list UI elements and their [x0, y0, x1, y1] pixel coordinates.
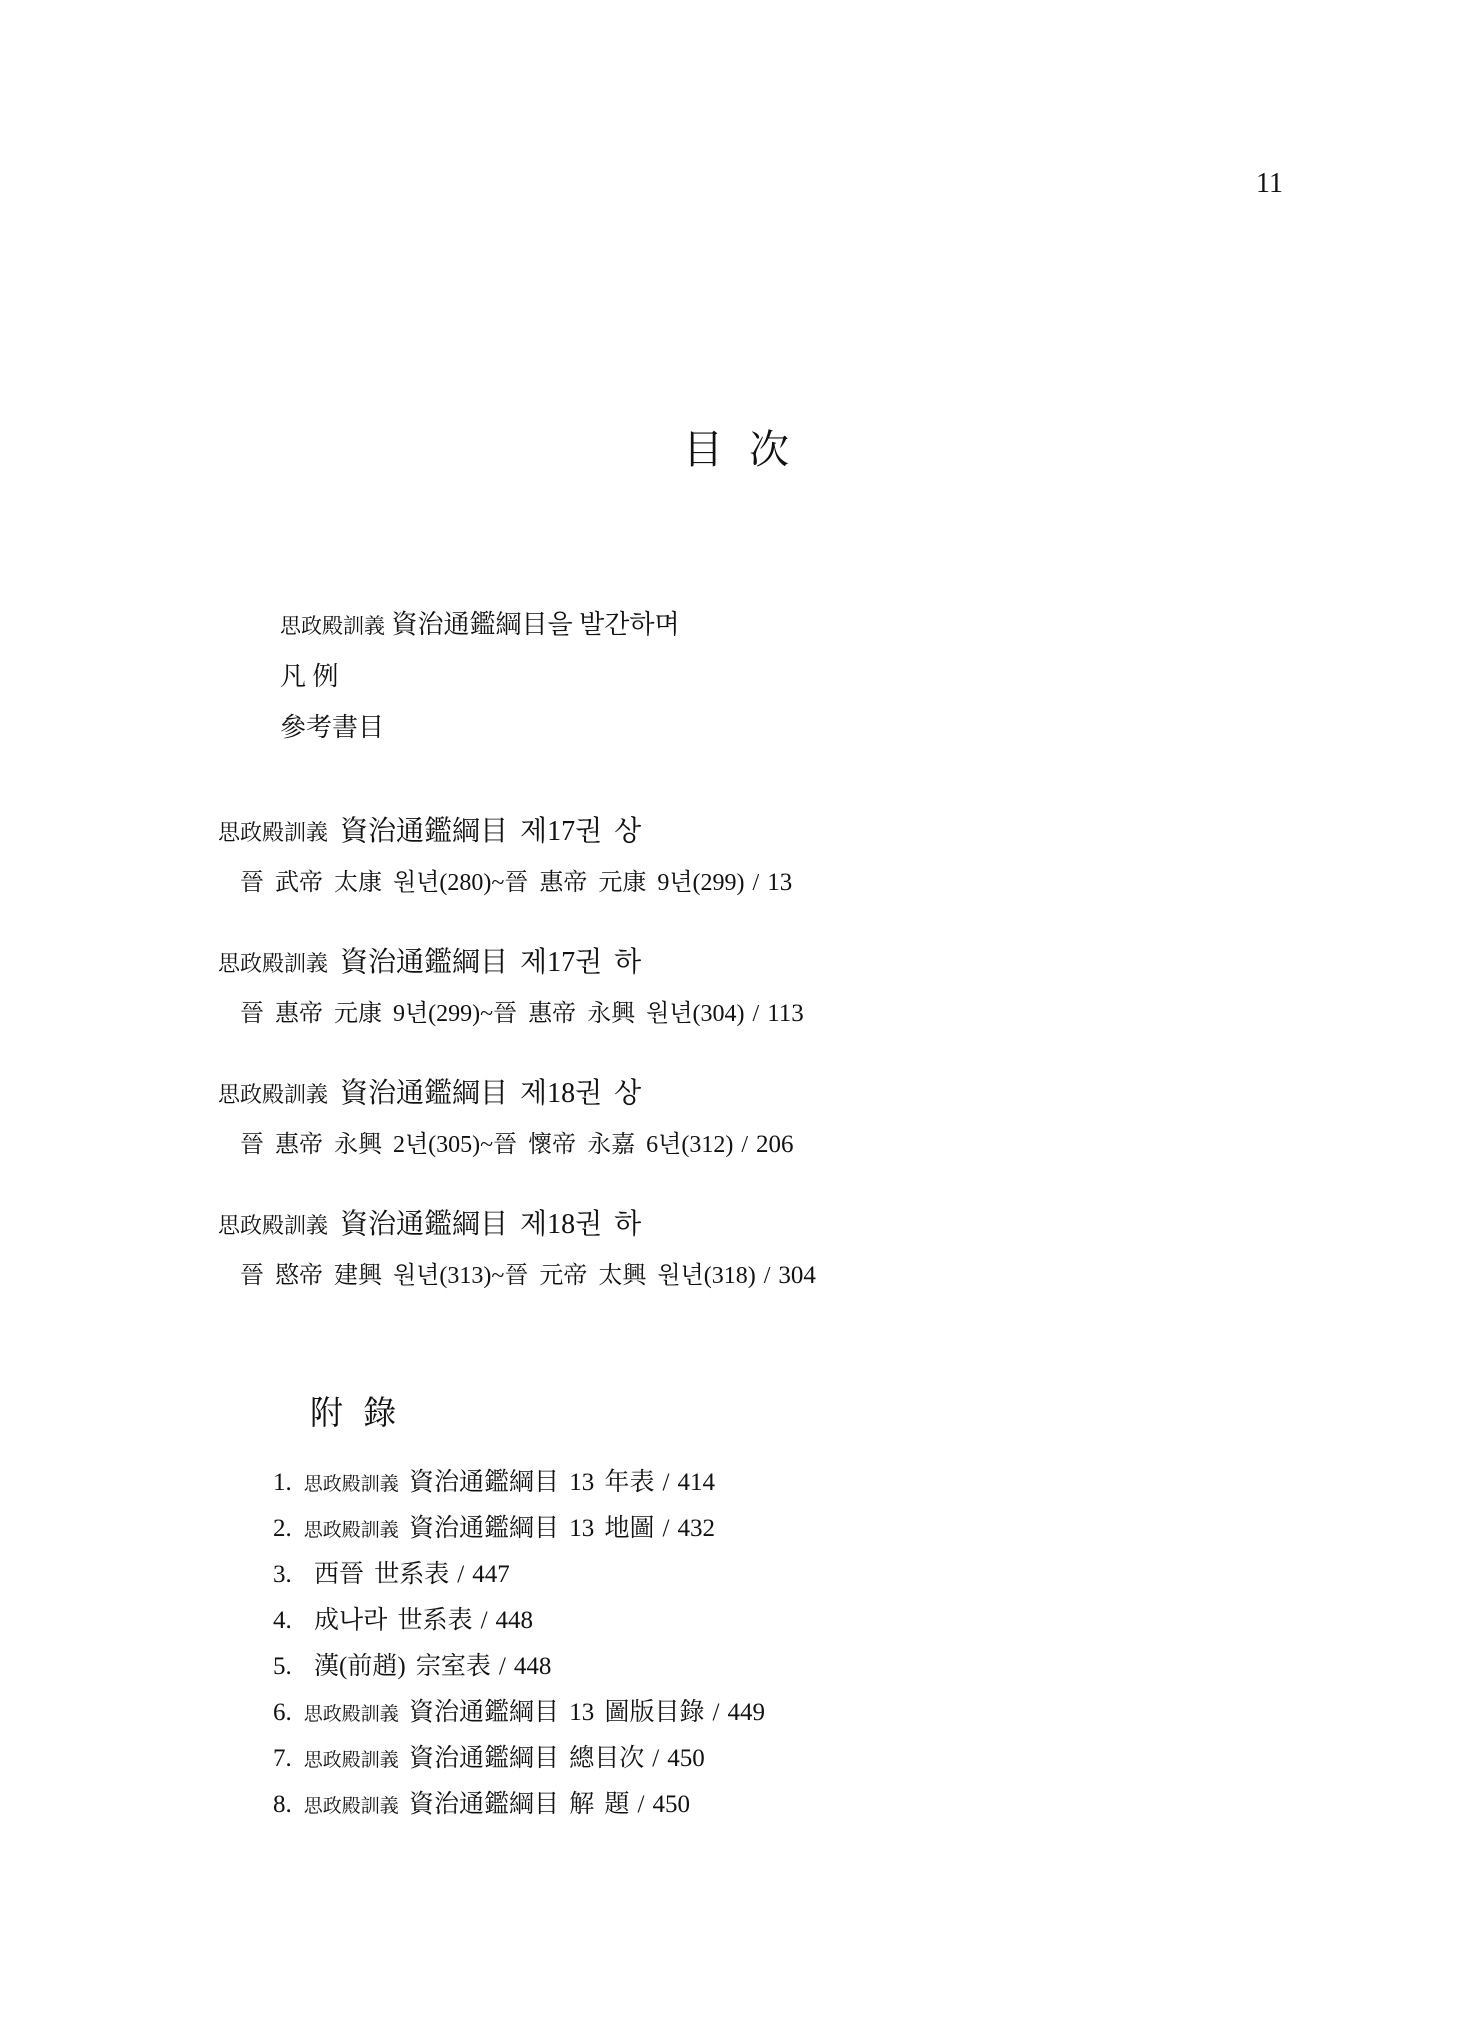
book-series-label: 思政殿訓義: [218, 1082, 328, 1107]
front-matter-item-legend: 凡 例: [280, 662, 680, 692]
separator-slash: /: [764, 1263, 771, 1289]
volume-entry: 思政殿訓義 資治通鑑綱目 제17권 상 晉 武帝 太康 원년(280)~晉 惠帝…: [218, 816, 1218, 897]
separator-slash: /: [499, 1653, 506, 1680]
separator-slash: /: [753, 870, 760, 896]
appendix-item: 1.思政殿訓義 資治通鑑綱目 13 年表/414: [273, 1468, 1273, 1514]
volume-title-text: 資治通鑑綱目 제17권 하: [340, 947, 641, 978]
appendix-item-title: 資治通鑑綱目 13 圖版目錄: [409, 1699, 705, 1726]
appendix-page-number: 447: [472, 1561, 510, 1588]
front-matter-item-bibliography: 參考書目: [280, 713, 680, 743]
toc-page: 11 目 次 思政殿訓義 資治通鑑綱目을 발간하며 凡 例 參考書目 思政殿訓義…: [0, 0, 1480, 2024]
appendix-item-number: 2.: [273, 1515, 292, 1542]
appendix-item: 8.思政殿訓義 資治通鑑綱目 解 題/450: [273, 1790, 1273, 1836]
appendix-item-title: 漢(前趙) 宗室表: [314, 1653, 491, 1680]
book-series-label: 思政殿訓義: [304, 1750, 399, 1771]
appendix-page-number: 448: [496, 1607, 534, 1634]
page-title: 目 次: [0, 430, 1480, 470]
appendix-page-number: 448: [514, 1653, 552, 1680]
appendix-item: 5. 漢(前趙) 宗室表/448: [273, 1652, 1273, 1698]
appendix-item-title: 西晉 世系表: [314, 1561, 449, 1588]
book-series-label: 思政殿訓義: [304, 1796, 399, 1817]
appendix-item: 7.思政殿訓義 資治通鑑綱目 總目次/450: [273, 1744, 1273, 1790]
volume-range: 晉 愍帝 建興 원년(313)~晉 元帝 太興 원년(318)/304: [240, 1262, 1218, 1290]
appendix-item-number: 1.: [273, 1469, 292, 1496]
volume-page-number: 13: [767, 869, 792, 896]
volume-title: 思政殿訓義 資治通鑑綱目 제17권 상: [218, 816, 1218, 849]
book-series-label: 思政殿訓義: [280, 614, 385, 638]
appendix-item-title: 資治通鑑綱目 13 地圖: [409, 1515, 655, 1542]
separator-slash: /: [481, 1607, 488, 1634]
book-series-label: 思政殿訓義: [304, 1520, 399, 1541]
appendix-item-number: 7.: [273, 1745, 292, 1772]
volume-range-text: 晉 愍帝 建興 원년(313)~晉 元帝 太興 원년(318): [240, 1263, 756, 1289]
volume-title-text: 資治通鑑綱目 제17권 상: [340, 816, 641, 847]
volume-range: 晉 武帝 太康 원년(280)~晉 惠帝 元康 9년(299)/13: [240, 869, 1218, 897]
volume-range-text: 晉 惠帝 元康 9년(299)~晉 惠帝 永興 원년(304): [240, 1001, 745, 1027]
volume-range-text: 晉 惠帝 永興 2년(305)~晉 懷帝 永嘉 6년(312): [240, 1132, 733, 1158]
volume-title: 思政殿訓義 資治通鑑綱目 제18권 상: [218, 1078, 1218, 1111]
appendix-page-number: 414: [677, 1469, 715, 1496]
page-number: 11: [1256, 170, 1283, 198]
volume-page-number: 304: [778, 1262, 816, 1289]
volume-range: 晉 惠帝 永興 2년(305)~晉 懷帝 永嘉 6년(312)/206: [240, 1131, 1218, 1159]
appendix-item: 4. 成나라 世系表/448: [273, 1606, 1273, 1652]
foreword-label: 資治通鑑綱目을 발간하며: [392, 610, 680, 639]
volume-page-number: 113: [767, 1000, 804, 1027]
separator-slash: /: [638, 1791, 645, 1818]
book-series-label: 思政殿訓義: [304, 1474, 399, 1495]
separator-slash: /: [741, 1132, 748, 1158]
volume-title: 思政殿訓義 資治通鑑綱目 제18권 하: [218, 1209, 1218, 1242]
appendix-item-title: 資治通鑑綱目 13 年表: [409, 1469, 655, 1496]
appendix-list: 1.思政殿訓義 資治通鑑綱目 13 年表/414 2.思政殿訓義 資治通鑑綱目 …: [273, 1468, 1273, 1836]
volume-entry: 思政殿訓義 資治通鑑綱目 제18권 하 晉 愍帝 建興 원년(313)~晉 元帝…: [218, 1209, 1218, 1290]
volume-title-text: 資治通鑑綱目 제18권 하: [340, 1209, 641, 1240]
appendix-item: 3. 西晉 世系表/447: [273, 1560, 1273, 1606]
appendix-item-number: 6.: [273, 1699, 292, 1726]
appendix-item-title: 資治通鑑綱目 解 題: [409, 1791, 630, 1818]
appendix-item-title: 成나라 世系表: [314, 1607, 473, 1634]
volume-title: 思政殿訓義 資治通鑑綱目 제17권 하: [218, 947, 1218, 980]
separator-slash: /: [652, 1745, 659, 1772]
appendix-page-number: 450: [667, 1745, 705, 1772]
appendix-item-title: 資治通鑑綱目 總目次: [409, 1745, 644, 1772]
appendix-item-number: 8.: [273, 1791, 292, 1818]
appendix-item-number: 4.: [273, 1607, 292, 1634]
volume-range: 晉 惠帝 元康 9년(299)~晉 惠帝 永興 원년(304)/113: [240, 1000, 1218, 1028]
book-series-label: 思政殿訓義: [218, 820, 328, 845]
book-series-label: 思政殿訓義: [218, 951, 328, 976]
volume-range-text: 晉 武帝 太康 원년(280)~晉 惠帝 元康 9년(299): [240, 870, 745, 896]
volume-page-number: 206: [756, 1131, 794, 1158]
volume-entry: 思政殿訓義 資治通鑑綱目 제18권 상 晉 惠帝 永興 2년(305)~晉 懷帝…: [218, 1078, 1218, 1159]
appendix-page-number: 449: [727, 1699, 765, 1726]
volume-entries: 思政殿訓義 資治通鑑綱目 제17권 상 晉 武帝 太康 원년(280)~晉 惠帝…: [218, 816, 1218, 1340]
separator-slash: /: [663, 1469, 670, 1496]
volume-title-text: 資治通鑑綱目 제18권 상: [340, 1078, 641, 1109]
separator-slash: /: [753, 1001, 760, 1027]
book-series-label: 思政殿訓義: [218, 1213, 328, 1238]
front-matter-item-foreword: 思政殿訓義 資治通鑑綱目을 발간하며: [280, 610, 680, 641]
appendix-page-number: 450: [652, 1791, 690, 1818]
separator-slash: /: [713, 1699, 720, 1726]
appendix-page-number: 432: [677, 1515, 715, 1542]
appendix-item: 6.思政殿訓義 資治通鑑綱目 13 圖版目錄/449: [273, 1698, 1273, 1744]
appendix-heading: 附 錄: [310, 1398, 402, 1431]
front-matter-list: 思政殿訓義 資治通鑑綱目을 발간하며 凡 例 參考書目: [280, 610, 680, 764]
volume-entry: 思政殿訓義 資治通鑑綱目 제17권 하 晉 惠帝 元康 9년(299)~晉 惠帝…: [218, 947, 1218, 1028]
book-series-label: 思政殿訓義: [304, 1704, 399, 1725]
separator-slash: /: [457, 1561, 464, 1588]
appendix-item-number: 5.: [273, 1653, 292, 1680]
separator-slash: /: [663, 1515, 670, 1542]
appendix-item: 2.思政殿訓義 資治通鑑綱目 13 地圖/432: [273, 1514, 1273, 1560]
appendix-item-number: 3.: [273, 1561, 292, 1588]
